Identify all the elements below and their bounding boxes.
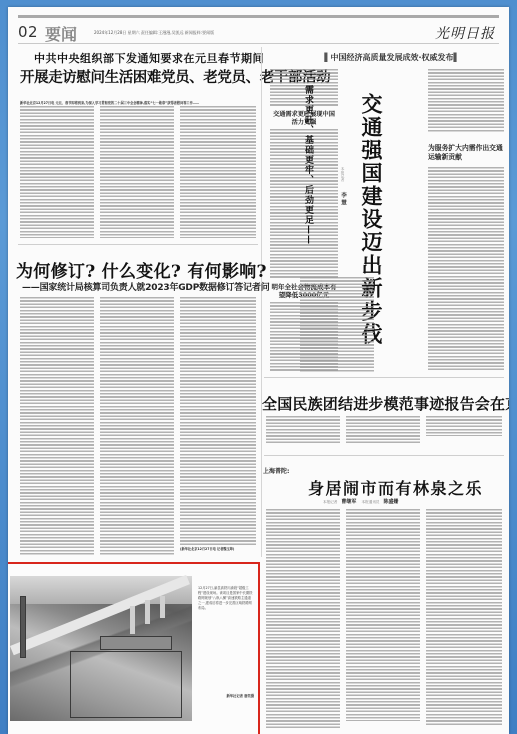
feature-subtitle: 需求更旺、基础更牢、后劲更足——	[302, 85, 315, 245]
article5-title[interactable]: 身居闹市而有林泉之乐	[308, 476, 483, 499]
feature-col3	[428, 167, 504, 372]
article2-col1	[20, 297, 94, 555]
photo-pier	[160, 596, 165, 618]
divider	[264, 377, 504, 378]
photo-pier	[145, 600, 150, 624]
article5-byline: 本报记者曹继军 本报通讯员陈盛姗	[323, 498, 403, 505]
photo-steel-frame	[70, 651, 182, 718]
article1-kicker: 中共中央组织部下发通知要求在元旦春节期间	[34, 50, 264, 66]
article1-col1	[20, 106, 94, 238]
photo-pier	[130, 606, 135, 634]
banner-mark-right-icon: ▌	[454, 53, 460, 62]
feature-banner: ▌中国经济高质量发展成效·权威发布▌	[278, 52, 506, 63]
article2-col3	[180, 297, 256, 545]
article2-col2	[100, 297, 174, 555]
page-number: 02	[18, 23, 38, 41]
feature-author: 李 慧	[339, 192, 347, 205]
feature-section3-heading: 为服务扩大内需作出交通运输新贡献	[428, 144, 504, 162]
newspaper-page: 02 要闻 2024年12月28日 星期六 责任编辑:王漫漫,吴凯远 新闻报料:…	[8, 7, 509, 734]
photo-tower	[20, 596, 26, 658]
article4-title[interactable]: 全国民族团结进步模范事迹报告会在京举行	[262, 393, 509, 414]
article2-subtitle: ——国家统计局核算司负责人就2023年GDP数据修订答记者问	[22, 280, 270, 293]
banner-text: 中国经济高质量发展成效·权威发布	[330, 53, 453, 62]
photo-caption: 12月27日,渝昆高铁川渝段“超级工程”建设现场。该项目是国家中长期铁路网规划“…	[198, 586, 254, 611]
reporter-name: 曹继军	[341, 499, 356, 505]
article5-col3	[426, 509, 502, 725]
article1-lead: 新华社北京12月27日电 元旦、春节即将到来,为深入学习贯彻党的二十届三中全会精…	[20, 100, 258, 105]
article4-col3	[426, 416, 502, 436]
feature-byline-label: 本报记者	[341, 167, 346, 181]
column-divider	[261, 47, 262, 557]
article5-col1	[266, 509, 340, 729]
photo-gantry	[100, 636, 172, 650]
article2-byline: (新华社北京12月27日电 记者魏玉坤)	[180, 547, 256, 552]
byline-label: 本报通讯员	[362, 500, 380, 504]
article5-col2	[346, 509, 420, 721]
railway-bridge-photo[interactable]	[10, 576, 192, 721]
section-name: 要闻	[45, 22, 77, 45]
article2-title[interactable]: 为何修订? 什么变化? 有何影响?	[16, 257, 267, 282]
feature-col3-top	[428, 69, 504, 133]
top-rule	[18, 15, 499, 18]
byline-label: 本报记者	[323, 500, 337, 504]
page-meta: 2024年12月28日 星期六 责任编辑:王漫漫,吴凯远 新闻报料:要闻版	[94, 30, 214, 36]
divider	[264, 455, 504, 456]
article4-col1	[266, 416, 340, 444]
feature-col2	[300, 277, 374, 372]
article4-col2	[346, 416, 420, 444]
news-photo-box[interactable]: 12月27日,渝昆高铁川渝段“超级工程”建设现场。该项目是国家中长期铁路网规划“…	[8, 562, 260, 734]
photo-credit: 新华社记者 唐奕摄	[218, 694, 254, 699]
correspondent-name: 陈盛姗	[384, 499, 399, 505]
page-header: 02 要闻 2024年12月28日 星期六 责任编辑:王漫漫,吴凯远 新闻报料:…	[18, 21, 499, 44]
article1-col2	[100, 106, 174, 238]
masthead-logo: 光明日报	[435, 23, 495, 43]
article1-col3	[180, 106, 256, 238]
article5-kicker: 上海普陀:	[263, 466, 289, 475]
divider	[18, 244, 258, 245]
